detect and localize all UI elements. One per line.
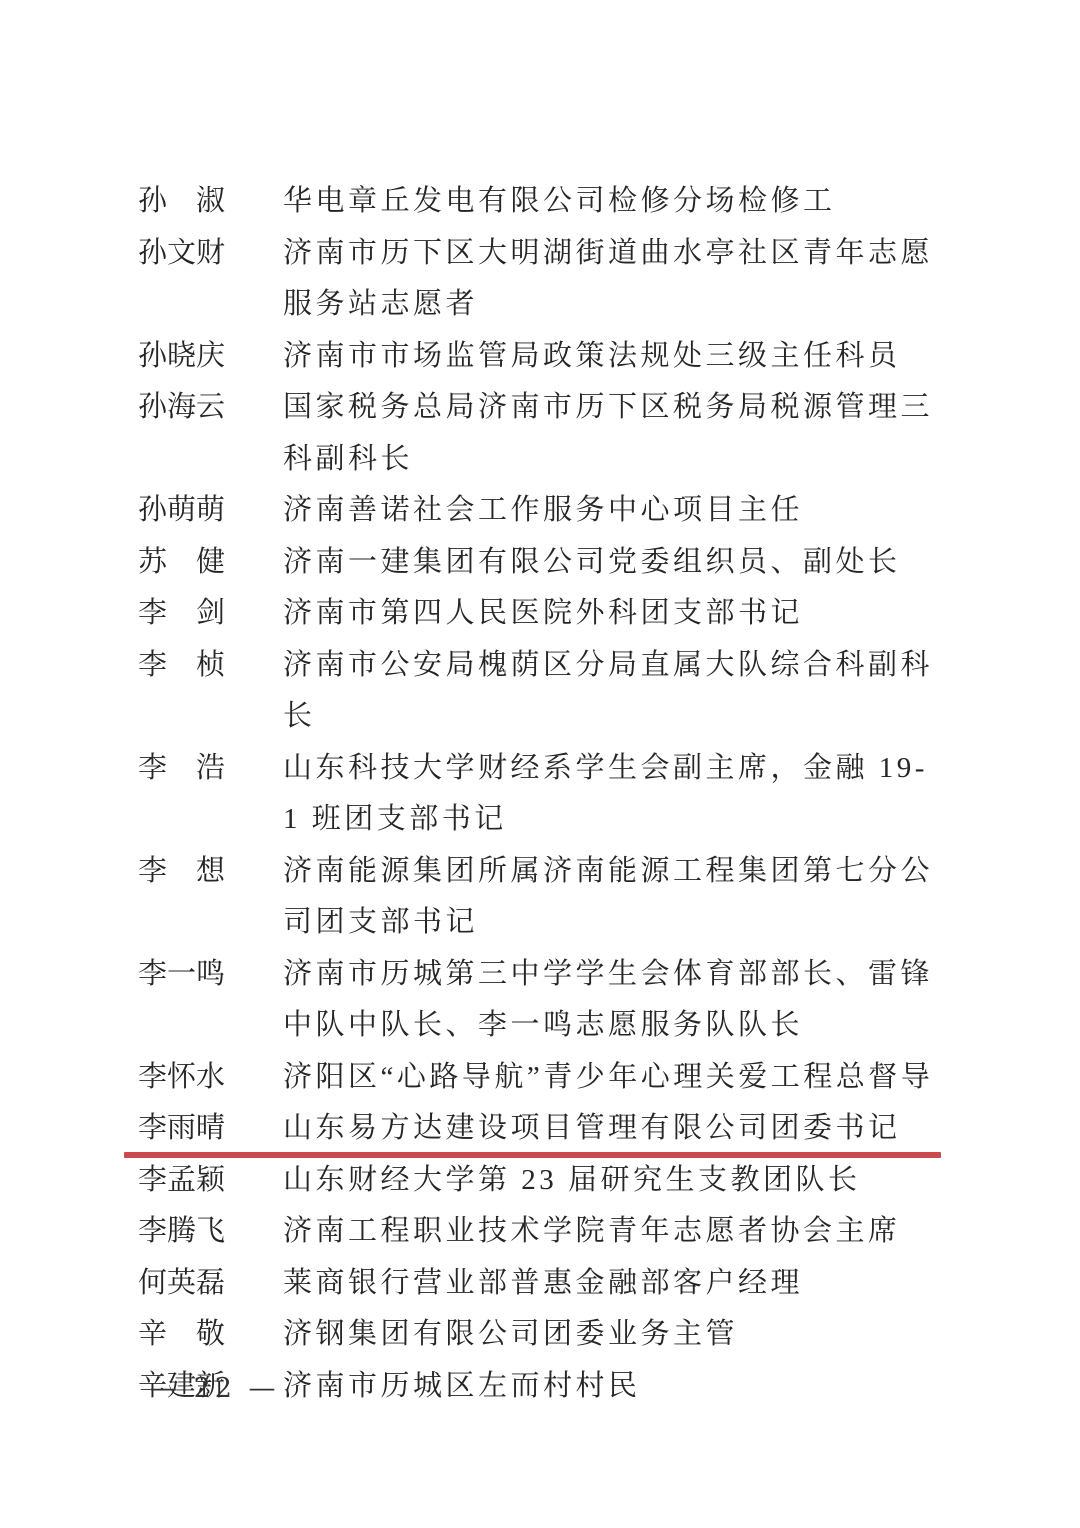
list-item: 李 剑 济南市第四人民医院外科团支部书记 [138, 588, 941, 640]
person-name: 孙文财 [138, 228, 283, 280]
person-name: 苏 健 [138, 537, 283, 589]
person-name: 孙晓庆 [138, 331, 283, 383]
person-role: 山东财经大学第 23 届研究生支教团队长 [283, 1155, 941, 1207]
person-role: 山东易方达建设项目管理有限公司团委书记 [283, 1103, 941, 1155]
person-role: 济南市市场监管局政策法规处三级主任科员 [283, 331, 941, 383]
document-page: 孙 淑 华电章丘发电有限公司检修分场检修工 孙文财 济南市历下区大明湖街道曲水亭… [0, 0, 1080, 1528]
list-item: 孙 淑 华电章丘发电有限公司检修分场检修工 [138, 176, 941, 228]
person-role: 华电章丘发电有限公司检修分场检修工 [283, 176, 941, 228]
person-role: 济南市历城第三中学学生会体育部部长、雷锋中队中队长、李一鸣志愿服务队队长 [283, 949, 941, 1052]
person-role: 济南能源集团所属济南能源工程集团第七分公司团支部书记 [283, 846, 941, 949]
person-role: 济南工程职业技术学院青年志愿者协会主席 [283, 1206, 941, 1258]
list-item: 孙海云 国家税务总局济南市历下区税务局税源管理三科副科长 [138, 382, 941, 485]
list-item: 李 想 济南能源集团所属济南能源工程集团第七分公司团支部书记 [138, 846, 941, 949]
list-item: 何英磊 莱商银行营业部普惠金融部客户经理 [138, 1258, 941, 1310]
list-item: 李怀水 济阳区“心路导航”青少年心理关爱工程总督导 [138, 1052, 941, 1104]
list-item: 李 浩 山东科技大学财经系学生会副主席，金融 19-1 班团支部书记 [138, 743, 941, 846]
list-item: 孙晓庆 济南市市场监管局政策法规处三级主任科员 [138, 331, 941, 383]
person-name: 李雨晴 [138, 1103, 283, 1155]
person-role: 济阳区“心路导航”青少年心理关爱工程总督导 [283, 1052, 941, 1104]
person-name: 李腾飞 [138, 1206, 283, 1258]
person-name: 辛 敬 [138, 1309, 283, 1361]
person-role: 山东科技大学财经系学生会副主席，金融 19-1 班团支部书记 [283, 743, 941, 846]
person-name: 何英磊 [138, 1258, 283, 1310]
person-name: 李怀水 [138, 1052, 283, 1104]
list-item: 辛 敬 济钢集团有限公司团委业务主管 [138, 1309, 941, 1361]
person-name: 李 浩 [138, 743, 283, 795]
person-role: 济南善诺社会工作服务中心项目主任 [283, 485, 941, 537]
person-name: 孙萌萌 [138, 485, 283, 537]
person-name: 李 剑 [138, 588, 283, 640]
list-item: 孙文财 济南市历下区大明湖街道曲水亭社区青年志愿服务站志愿者 [138, 228, 941, 331]
list-item: 李腾飞 济南工程职业技术学院青年志愿者协会主席 [138, 1206, 941, 1258]
person-role: 济南市历城区左而村村民 [283, 1361, 941, 1413]
person-role: 莱商银行营业部普惠金融部客户经理 [283, 1258, 941, 1310]
person-role: 济南市第四人民医院外科团支部书记 [283, 588, 941, 640]
person-name: 李一鸣 [138, 949, 283, 1001]
person-name: 李 想 [138, 846, 283, 898]
list-item: 李雨晴 山东易方达建设项目管理有限公司团委书记 [138, 1103, 941, 1155]
list-item: 李孟颖 山东财经大学第 23 届研究生支教团队长 [138, 1155, 941, 1207]
person-name: 李 桢 [138, 640, 283, 692]
person-role: 国家税务总局济南市历下区税务局税源管理三科副科长 [283, 382, 941, 485]
person-name: 孙海云 [138, 382, 283, 434]
person-name: 孙 淑 [138, 176, 283, 228]
page-number: — 22 — [150, 1372, 280, 1406]
list-item: 孙萌萌 济南善诺社会工作服务中心项目主任 [138, 485, 941, 537]
person-role: 济南一建集团有限公司党委组织员、副处长 [283, 537, 941, 589]
recognition-list: 孙 淑 华电章丘发电有限公司检修分场检修工 孙文财 济南市历下区大明湖街道曲水亭… [138, 176, 941, 1412]
list-item: 李一鸣 济南市历城第三中学学生会体育部部长、雷锋中队中队长、李一鸣志愿服务队队长 [138, 949, 941, 1052]
person-role: 济钢集团有限公司团委业务主管 [283, 1309, 941, 1361]
person-name: 李孟颖 [138, 1155, 283, 1207]
person-role: 济南市公安局槐荫区分局直属大队综合科副科长 [283, 640, 941, 743]
list-item: 李 桢 济南市公安局槐荫区分局直属大队综合科副科长 [138, 640, 941, 743]
list-item: 苏 健 济南一建集团有限公司党委组织员、副处长 [138, 537, 941, 589]
person-role: 济南市历下区大明湖街道曲水亭社区青年志愿服务站志愿者 [283, 228, 941, 331]
